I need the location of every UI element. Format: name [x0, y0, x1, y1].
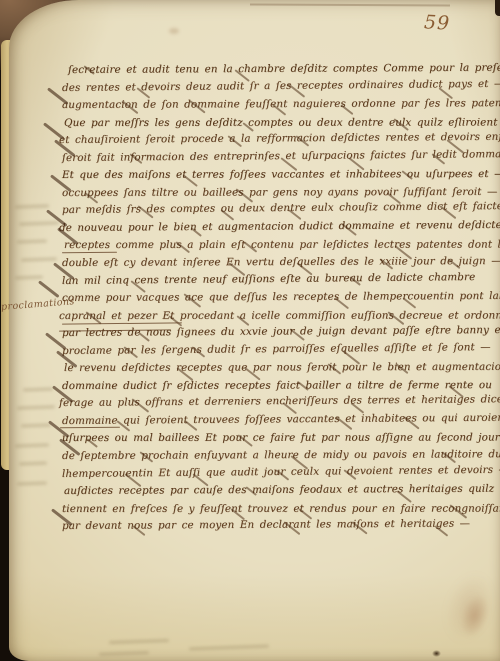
ink-spot	[432, 650, 441, 657]
page-edge-sliver	[495, 0, 500, 16]
manuscript-line: lan mil cinq cens trente neuf euſſions e…	[62, 268, 498, 290]
verso-showthrough	[19, 221, 59, 225]
verso-showthrough	[23, 387, 53, 391]
photo-backdrop: 59 proclamations ſecretaire et audit ten…	[0, 0, 500, 661]
manuscript-line: de nouveau pour le bien et augmentacion …	[59, 217, 498, 238]
manuscript-text-block: ſecretaire et audit tenu en la chambre d…	[62, 62, 498, 536]
top-crease-line	[250, 3, 450, 6]
verso-showthrough	[17, 405, 55, 409]
verso-showthrough	[21, 257, 57, 261]
verso-showthrough	[21, 423, 51, 427]
manuscript-line: uſurpees ou mal baillees Et pour ce fair…	[62, 430, 498, 448]
verso-showthrough	[189, 645, 269, 651]
folio-number: 59	[423, 11, 450, 34]
verso-showthrough	[17, 481, 47, 485]
manuscript-line: ſeroit fait informacion des entreprinſes…	[62, 146, 498, 167]
verso-showthrough	[17, 239, 47, 243]
verso-showthrough	[15, 443, 49, 447]
parchment-stain	[169, 28, 179, 34]
manuscript-line: des rentes et devoirs deuz audit ſr a ſe…	[62, 75, 498, 97]
verso-showthrough	[15, 276, 43, 280]
manuscript-line: Et que des maiſons et terres foſſees vac…	[62, 166, 498, 185]
manuscript-line: par devant nous par ce moyen En declaran…	[62, 516, 498, 536]
pen-flourish	[38, 280, 59, 298]
verso-showthrough	[19, 462, 47, 466]
verso-showthrough	[15, 204, 49, 208]
manuscript-line: auſdictes receptes par cauſe des maiſons…	[64, 481, 498, 501]
verso-showthrough	[99, 651, 149, 656]
verso-showthrough	[109, 639, 169, 644]
manuscript-page: 59 proclamations ſecretaire et audit ten…	[9, 0, 500, 661]
manuscript-line: comme pour vacques ace que deſſus les re…	[62, 288, 498, 308]
manuscript-line: le revenu deſdictes receptes que par nou…	[64, 359, 498, 378]
